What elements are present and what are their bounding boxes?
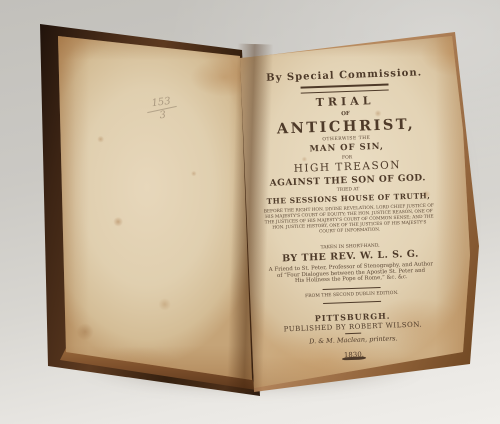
- photo-background: 153 3 By Special Commission. TRIAL OF AN…: [0, 0, 500, 424]
- commission-heading: By Special Commission.: [255, 67, 433, 84]
- pencil-inscription: 153 3: [131, 94, 193, 124]
- title-page: By Special Commission. TRIAL OF ANTICHRI…: [240, 36, 470, 388]
- left-blank-page: 153 3: [58, 36, 252, 380]
- title-page-text-block: By Special Commission. TRIAL OF ANTICHRI…: [255, 63, 443, 365]
- pencil-note-bottom: 3: [159, 110, 167, 122]
